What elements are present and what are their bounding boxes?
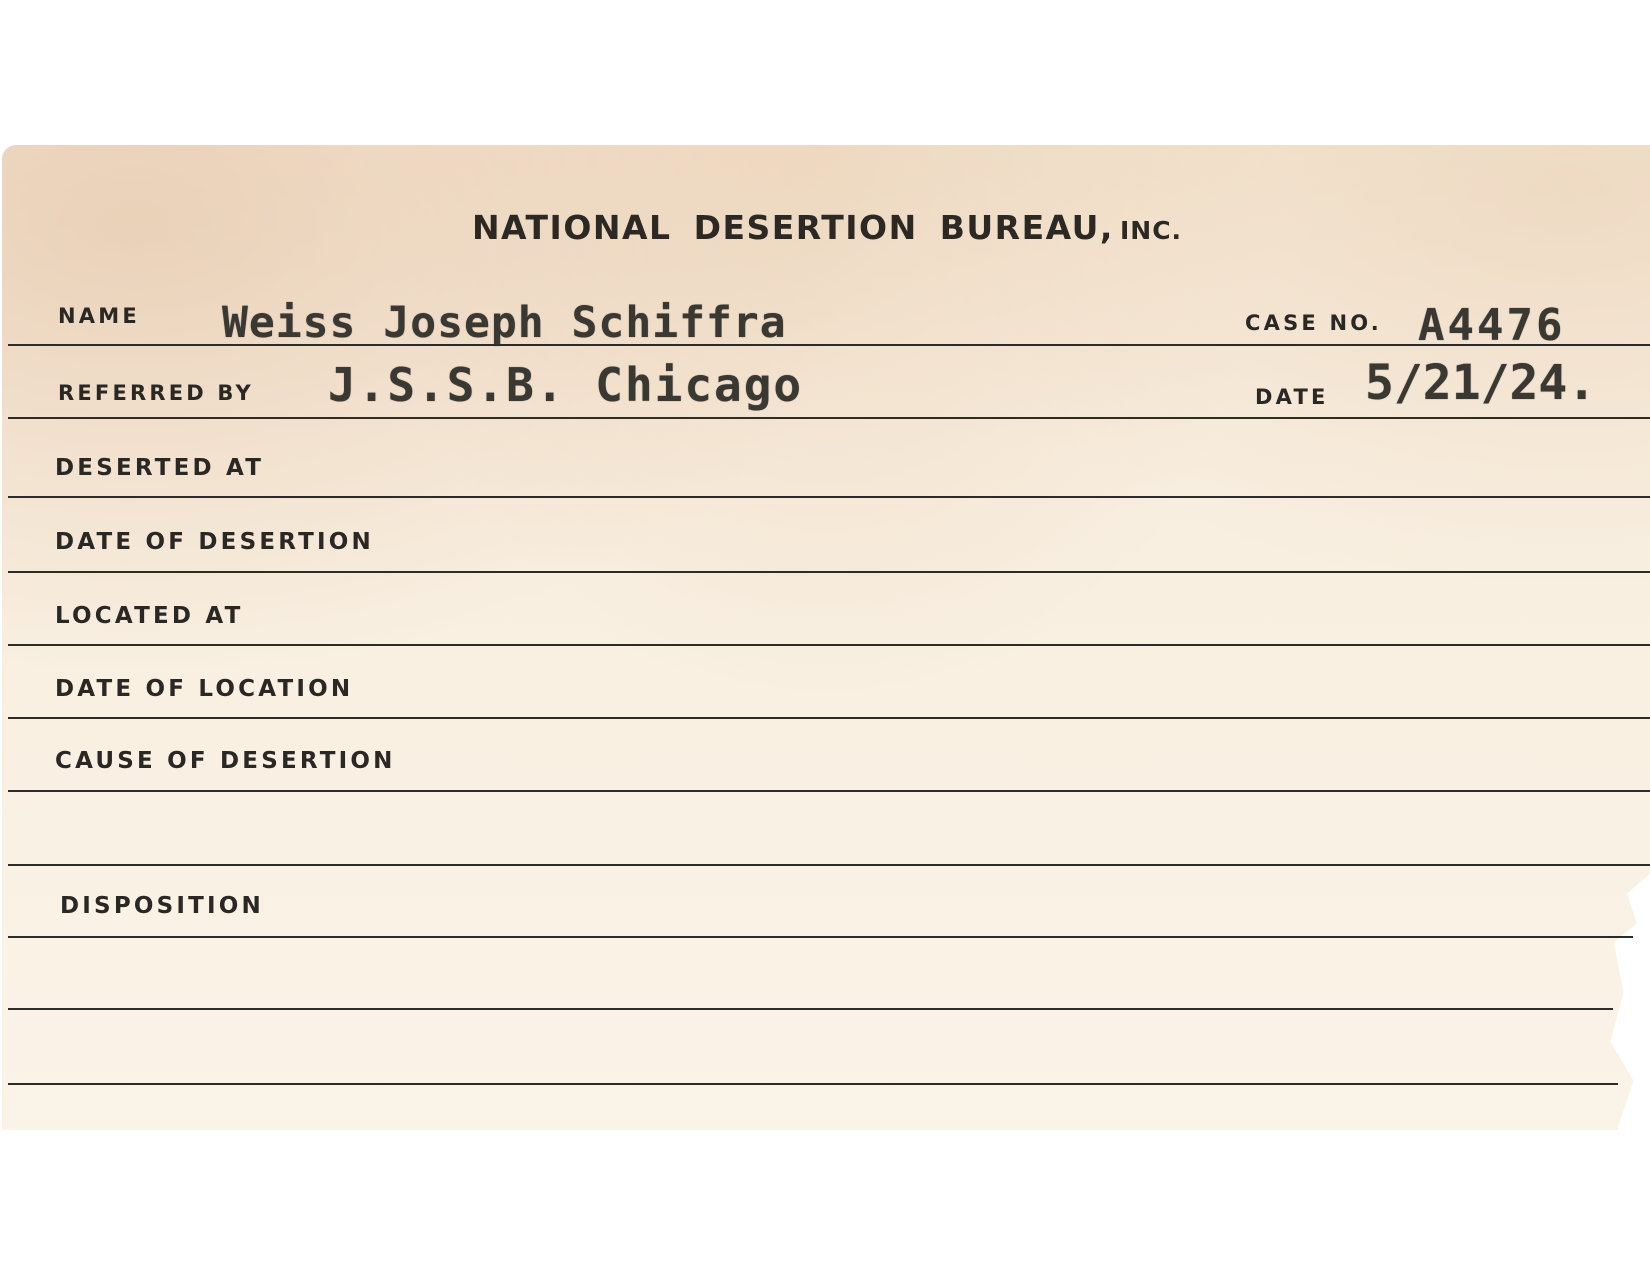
- title-suffix: INC.: [1120, 216, 1182, 245]
- date-value[interactable]: 5/21/24.: [1365, 355, 1596, 411]
- referred-by-value[interactable]: J.S.S.B. Chicago: [328, 358, 803, 412]
- located-at-rule: [8, 644, 1650, 646]
- deserted-at-label: DESERTED AT: [55, 455, 264, 481]
- name-rule: [8, 344, 1650, 346]
- title-word-3: BUREAU,: [940, 208, 1114, 247]
- cause-continuation-rule: [8, 864, 1650, 866]
- cause-of-desertion-rule: [8, 790, 1650, 792]
- name-value[interactable]: Weiss Joseph Schiffra: [222, 298, 787, 348]
- title-word-2: DESERTION: [694, 208, 918, 247]
- card-title: NATIONALDESERTIONBUREAU,INC.: [0, 208, 1650, 247]
- date-of-desertion-label: DATE OF DESERTION: [55, 529, 374, 555]
- date-of-location-rule: [8, 717, 1650, 719]
- name-label: NAME: [58, 304, 140, 328]
- cause-of-desertion-label: CAUSE OF DESERTION: [55, 748, 396, 774]
- index-card: [2, 145, 1650, 1130]
- date-of-desertion-rule: [8, 571, 1650, 573]
- disposition-label: DISPOSITION: [60, 893, 264, 919]
- deserted-at-rule: [8, 496, 1650, 498]
- case-no-label: CASE NO.: [1245, 311, 1382, 335]
- title-word-1: NATIONAL: [472, 208, 672, 247]
- located-at-label: LOCATED AT: [55, 603, 244, 629]
- date-label: DATE: [1255, 385, 1329, 409]
- disposition-rule: [8, 936, 1633, 938]
- date-of-location-label: DATE OF LOCATION: [55, 676, 353, 702]
- disposition-continuation-rule-1: [8, 1008, 1613, 1010]
- disposition-continuation-rule-2: [8, 1083, 1618, 1085]
- referred-by-label: REFERRED BY: [58, 381, 254, 405]
- referred-rule: [8, 417, 1650, 419]
